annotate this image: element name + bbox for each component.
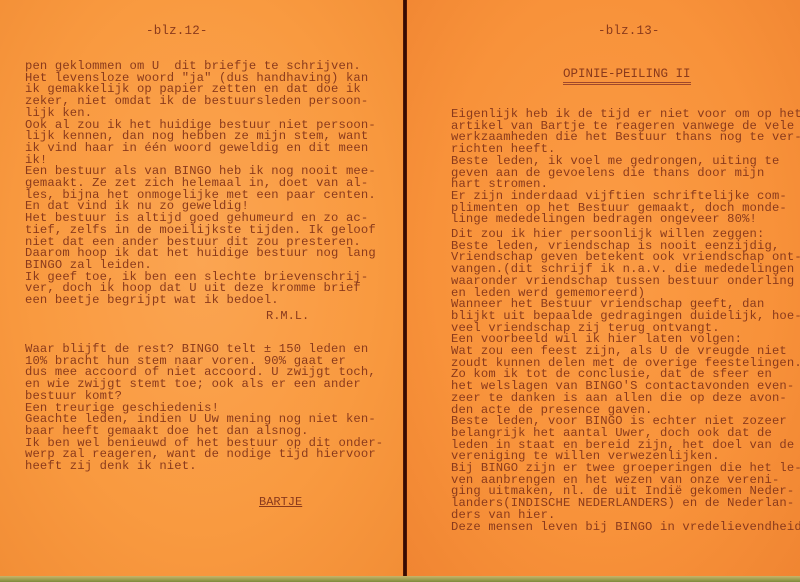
page-number: -blz.13- — [598, 24, 660, 38]
page-number: -blz.12- — [146, 24, 208, 38]
note-body: Waar blijft de rest? BINGO telt ± 150 le… — [25, 344, 383, 473]
book-bottom-edge — [0, 576, 800, 582]
article-body: Dit zou ik hier persoonlijk willen zegge… — [451, 229, 800, 533]
left-page: -blz.12- pen geklommen om U dit briefje … — [0, 0, 404, 576]
letter-signature: R.M.L. — [266, 309, 309, 323]
letter-body: pen geklommen om U dit briefje te schrij… — [25, 61, 376, 307]
article-title: OPINIE-PEILING II — [563, 67, 691, 85]
text-line: ik vind haar in één woord geweldig en di… — [25, 143, 376, 155]
text-line: een beetje begrijpt wat ik bedoel. — [25, 295, 376, 307]
right-page: -blz.13- OPINIE-PEILING II Eigenlijk heb… — [406, 0, 800, 576]
text-line: heeft zij denk ik niet. — [25, 461, 383, 473]
text-line: linge mededelingen bedragen ongeveer 80%… — [451, 214, 800, 226]
book-spine — [403, 0, 407, 582]
note-signature: BARTJE — [259, 495, 302, 509]
text-line: Deze mensen leven bij BINGO in vredeliev… — [451, 522, 800, 534]
article-intro: Eigenlijk heb ik de tijd er niet voor om… — [451, 109, 800, 226]
